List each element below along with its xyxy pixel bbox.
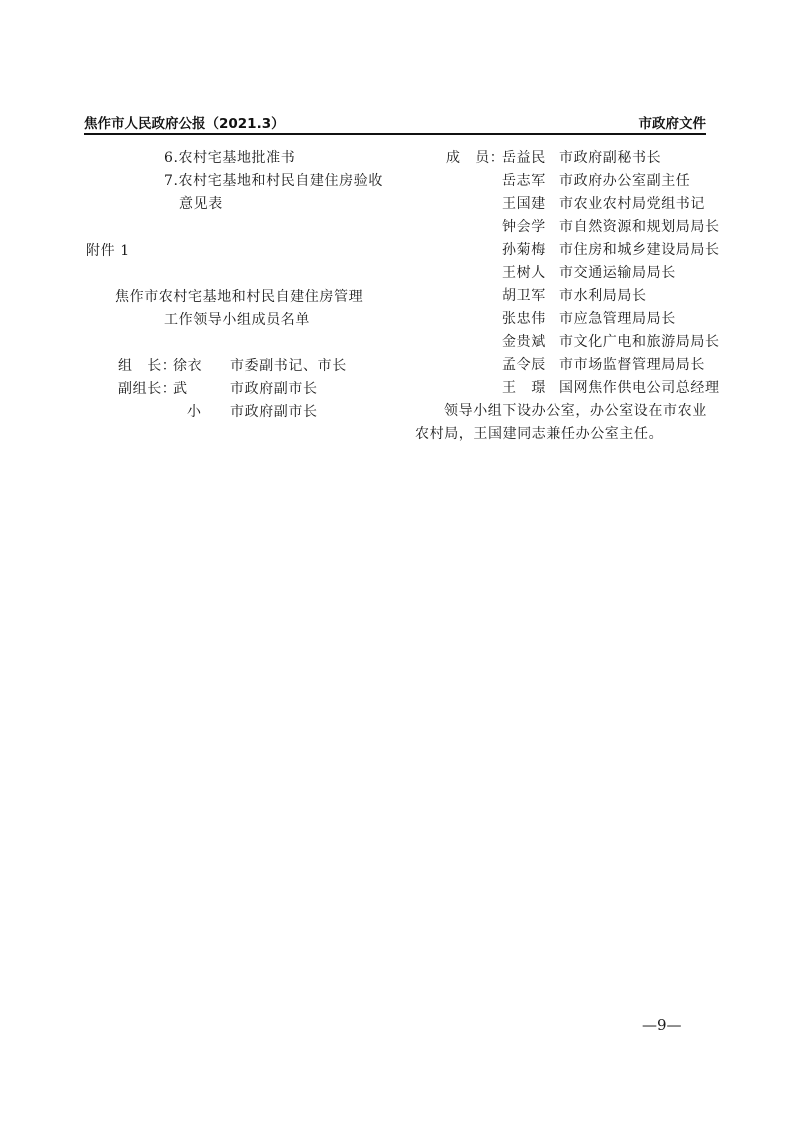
member-position: 市应急管理局局长 — [559, 308, 676, 330]
leader-position: 市政府副市长 — [230, 401, 318, 423]
member-name: 王 璟 — [502, 377, 546, 399]
section-label: 市政府文件 — [639, 112, 707, 132]
leader-position: 市政府副市长 — [230, 378, 318, 400]
members-role: 成 员： — [446, 147, 504, 169]
page-number: —9— — [642, 1016, 682, 1034]
leader-name: 武 — [173, 378, 188, 400]
member-name: 钟会学 — [502, 216, 546, 238]
list-title-line1: 焦作市农村宅基地和村民自建住房管理 — [115, 286, 363, 308]
leader-name: 小 — [187, 401, 202, 423]
leader-role: 副组长： — [118, 378, 176, 400]
list-item-7-cont: 意见表 — [179, 193, 223, 215]
list-item-7: 7.农村宅基地和村民自建住房验收 — [164, 170, 383, 192]
member-name: 孟令辰 — [502, 354, 546, 376]
member-name: 孙菊梅 — [502, 239, 546, 261]
attachment-label: 附件 1 — [86, 240, 130, 262]
member-position: 市交通运输局局长 — [559, 262, 676, 284]
member-name: 张忠伟 — [502, 308, 546, 330]
member-position: 国网焦作供电公司总经理 — [559, 377, 720, 399]
member-position: 市水利局局长 — [559, 285, 647, 307]
member-name: 王树人 — [502, 262, 546, 284]
member-position: 市自然资源和规划局局长 — [559, 216, 720, 238]
leader-position: 市委副书记、市长 — [230, 355, 347, 377]
leader-name: 徐衣 — [173, 355, 202, 377]
list-item-6: 6.农村宅基地批准书 — [164, 147, 295, 169]
member-position: 市住房和城乡建设局局长 — [559, 239, 720, 261]
member-position: 市政府副秘书长 — [559, 147, 661, 169]
member-name: 金贵斌 — [502, 331, 546, 353]
leader-role: 组 长： — [118, 355, 176, 377]
member-name: 王国建 — [502, 193, 546, 215]
running-header: 焦作市人民政府公报（2021.3） 市政府文件 — [84, 110, 706, 132]
member-position: 市农业农村局党组书记 — [559, 193, 705, 215]
member-position: 市市场监督管理局局长 — [559, 354, 705, 376]
list-title-line2: 工作领导小组成员名单 — [164, 309, 310, 331]
office-note-line2: 农村局，王国建同志兼任办公室主任。 — [415, 423, 663, 445]
header-rule — [84, 133, 706, 135]
member-position: 市文化广电和旅游局局长 — [559, 331, 720, 353]
member-name: 岳益民 — [502, 147, 546, 169]
member-position: 市政府办公室副主任 — [559, 170, 690, 192]
member-name: 胡卫军 — [502, 285, 546, 307]
publication-title: 焦作市人民政府公报（2021.3） — [84, 112, 285, 132]
office-note-line1: 领导小组下设办公室，办公室设在市农业 — [444, 400, 707, 422]
member-name: 岳志军 — [502, 170, 546, 192]
